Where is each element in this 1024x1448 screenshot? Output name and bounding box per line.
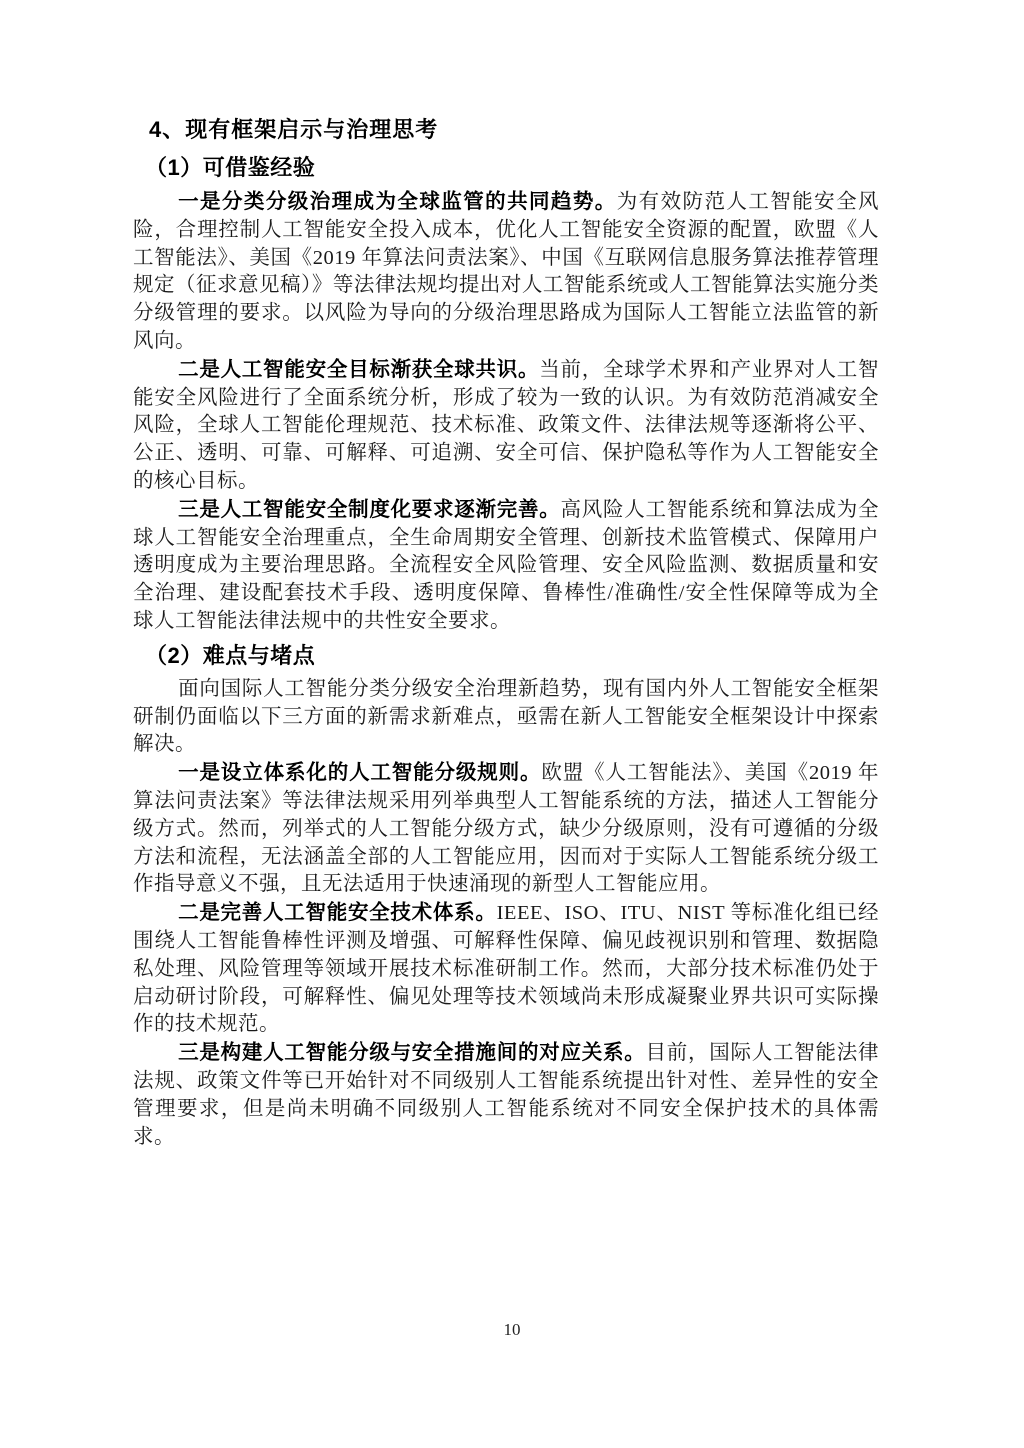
subsection-title-lessons: （1）可借鉴经验 [133,152,879,184]
paragraph-trend-3: 三是人工智能安全制度化要求逐渐完善。高风险人工智能系统和算法成为全球人工智能安全… [133,496,879,636]
document-page-content: 4、现有框架启示与治理思考 （1）可借鉴经验 一是分类分级治理成为全球监管的共同… [133,114,879,1151]
paragraph-lead: 二是人工智能安全目标渐获全球共识。 [178,358,539,381]
paragraph-lead: 一是分类分级治理成为全球监管的共同趋势。 [178,190,617,213]
paragraph-trend-1: 一是分类分级治理成为全球监管的共同趋势。为有效防范人工智能安全风险，合理控制人工… [133,188,879,356]
paragraph-lead: 三是构建人工智能分级与安全措施间的对应关系。 [178,1041,645,1064]
paragraph-difficulties-intro: 面向国际人工智能分类分级安全治理新趋势，现有国内外人工智能安全框架研制仍面临以下… [133,676,879,759]
paragraph-difficulty-2: 二是完善人工智能安全技术体系。IEEE、ISO、ITU、NIST 等标准化组已经… [133,899,879,1039]
paragraph-lead: 二是完善人工智能安全技术体系。 [178,901,497,924]
paragraph-difficulty-1: 一是设立体系化的人工智能分级规则。欧盟《人工智能法》、美国《2019 年算法问责… [133,759,879,899]
paragraph-lead: 三是人工智能安全制度化要求逐渐完善。 [178,498,560,521]
page-number: 10 [504,1320,521,1339]
document-heading: 4、现有框架启示与治理思考 [133,114,879,146]
page-footer: 10 [0,1320,1024,1340]
paragraph-difficulty-3: 三是构建人工智能分级与安全措施间的对应关系。目前，国际人工智能法律法规、政策文件… [133,1039,879,1151]
paragraph-lead: 一是设立体系化的人工智能分级规则。 [178,761,541,784]
paragraph-body: 为有效防范人工智能安全风险，合理控制人工智能安全投入成本，优化人工智能安全资源的… [133,191,879,352]
subsection-title-difficulties: （2）难点与堵点 [133,640,879,672]
paragraph-trend-2: 二是人工智能安全目标渐获全球共识。当前，全球学术界和产业界对人工智能安全风险进行… [133,356,879,496]
